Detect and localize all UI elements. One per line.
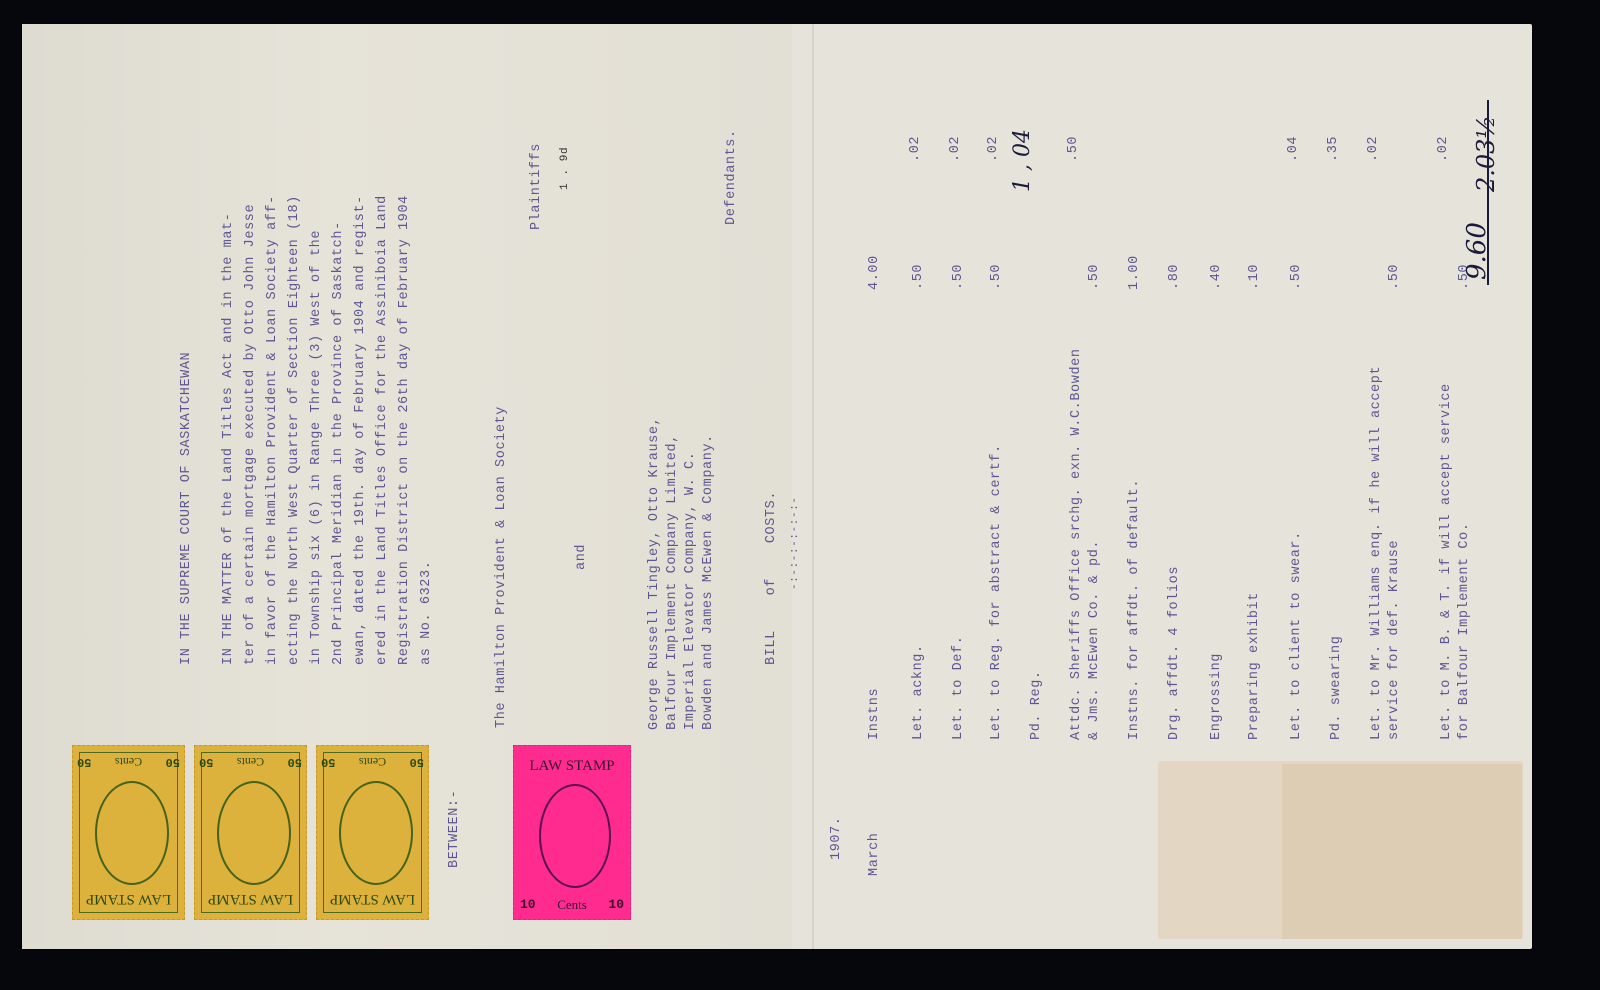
stamp-value: 50 [321, 754, 335, 769]
saskatchewan-crest-icon [539, 784, 611, 888]
matter-line: ter of a certain mortgage executed by Ot… [244, 204, 258, 665]
bill-item-fee: .50 [1088, 264, 1102, 290]
stamp-value: 50 [410, 754, 424, 769]
court-heading: IN THE SUPREME COURT OF SASKATCHEWAN [180, 352, 194, 665]
defendant-line: George Russell Tingley, Otto Krause, [648, 417, 662, 730]
bill-item-desc: Pd. Reg. [1030, 670, 1044, 740]
bill-item-disbursement: .02 [909, 136, 923, 162]
bill-item-disbursement: .02 [949, 136, 963, 162]
yellow-law-stamp: 50Cents50LAW STAMP [72, 745, 185, 920]
matter-line: 2nd Principal Meridian in the Province o… [332, 221, 346, 665]
stamp-unit: Cents [115, 754, 142, 769]
stamp-value: 10 [608, 897, 624, 913]
bill-item-fee: .50 [952, 264, 966, 290]
bill-item-fee: .50 [1290, 264, 1304, 290]
yellow-law-stamp: 50Cents50LAW STAMP [194, 745, 307, 920]
bill-item-desc: Preparing exhibit [1248, 592, 1262, 740]
stamp-value: 50 [77, 754, 91, 769]
saskatchewan-crest-icon [95, 781, 169, 885]
bill-item-desc: Let. to client to swear. [1290, 531, 1304, 740]
plaintiff-label: Plaintiffs [530, 143, 544, 230]
bill-item-desc: Let. to Reg. for abstract & certf. [990, 444, 1004, 740]
bill-item-desc: service for def. Krause [1388, 540, 1402, 740]
and-label: and [575, 544, 589, 570]
bill-item-disbursement: .50 [1067, 136, 1081, 162]
bill-item-desc: Let. to Def. [952, 636, 966, 740]
bill-item-desc: Let. to M. B. & T. if will accept servic… [1440, 383, 1454, 740]
matter-line: IN THE MATTER of the Land Titles Act and… [222, 213, 236, 665]
stamp-label: LAW STAMP [514, 758, 630, 775]
matter-line: in favor of the Hamilton Provident & Loa… [266, 195, 280, 665]
stamp-unit: Cents [557, 897, 587, 913]
saskatchewan-crest-icon [339, 781, 413, 885]
stamp-value: 50 [199, 754, 213, 769]
bill-item-desc: Engrossing [1210, 653, 1224, 740]
bill-item-desc: Instns. for affdt. of default. [1128, 479, 1142, 740]
matter-line: in Township six (6) in Range Three (3) W… [310, 230, 324, 665]
bill-item-fee: .50 [912, 264, 926, 290]
stamp-unit: Cents [359, 754, 386, 769]
bill-item-desc: Attdc. Sheriffs Office srchg. exn. W.C.B… [1070, 348, 1084, 740]
bill-item-fee: .80 [1168, 264, 1182, 290]
stamp-unit: Cents [237, 754, 264, 769]
matter-line: as No. 6323. [420, 561, 434, 665]
bill-item-fee: 1.00 [1128, 255, 1142, 290]
bill-year: 1907. [830, 816, 844, 860]
stamp-value: 10 [520, 897, 536, 913]
bill-item-fee: .10 [1248, 264, 1262, 290]
matter-line: ewan, dated the 19th. day of February 19… [354, 195, 368, 665]
handwritten-total-right: 2.03½ [1472, 115, 1500, 192]
bill-item-disbursement: .02 [987, 136, 1001, 162]
matter-line: Registration District on the 26th day of… [398, 195, 412, 665]
bill-item-fee: .50 [990, 264, 1004, 290]
bill-item-fee: 4.00 [868, 255, 882, 290]
bill-item-desc: Drg. affdt. 4 folios [1168, 566, 1182, 740]
bill-item-disbursement: .02 [1367, 136, 1381, 162]
bill-underline: -:-:-:-:-:-:- [790, 496, 801, 590]
bill-item-desc: Let. to Mr. Williams enq. if he will acc… [1370, 366, 1384, 740]
defendant-line: Imperial Elevator Company, W. C. [684, 452, 698, 730]
matter-line: ered in the Land Titles Office for the A… [376, 195, 390, 665]
stamp-label: LAW STAMP [195, 890, 306, 907]
page-fold [812, 24, 814, 949]
stamp-label: LAW STAMP [317, 890, 428, 907]
defendant-line: Bowden and James McEwen & Company. [702, 434, 716, 730]
bill-item-disbursement: .04 [1287, 136, 1301, 162]
bill-item-desc: Let. ackng. [912, 644, 926, 740]
bill-title: BILL of COSTS. [765, 491, 779, 665]
paper-stain [1282, 764, 1522, 939]
bill-item-desc: & Jms. McEwen Co. & pd. [1088, 540, 1102, 740]
plaintiff-name: The Hamilton Provident & Loan Society [495, 406, 509, 728]
stamp-value: 50 [166, 754, 180, 769]
defendants-label: Defendants. [725, 129, 739, 225]
yellow-law-stamp: 50Cents50LAW STAMP [316, 745, 429, 920]
saskatchewan-crest-icon [217, 781, 291, 885]
bill-item-desc: Pd. swearing [1330, 636, 1344, 740]
bill-item-desc: Instns [868, 688, 882, 740]
plaintiff-handwritten-note: 1 . 9d [560, 147, 571, 190]
bill-item-fee: .50 [1388, 264, 1402, 290]
matter-line: ecting the North West Quarter of Section… [288, 195, 302, 665]
stamp-label: LAW STAMP [73, 890, 184, 907]
bill-item-fee: .40 [1210, 264, 1224, 290]
pink-law-stamp: LAW STAMP 10 Cents 10 [513, 745, 631, 920]
bill-item-disbursement: .35 [1327, 136, 1341, 162]
handwritten-subtotal: 1 , 04 [1010, 129, 1035, 192]
stamp-value: 50 [288, 754, 302, 769]
defendant-line: Balfour Implement Company Limited, [666, 434, 680, 730]
bill-item-desc: for Balfour Implement Co. [1458, 522, 1472, 740]
between-label: BETWEEN:- [448, 790, 462, 868]
bill-item-disbursement: .02 [1437, 136, 1451, 162]
handwritten-total-rule [1487, 100, 1489, 285]
bill-month: March [868, 832, 882, 876]
